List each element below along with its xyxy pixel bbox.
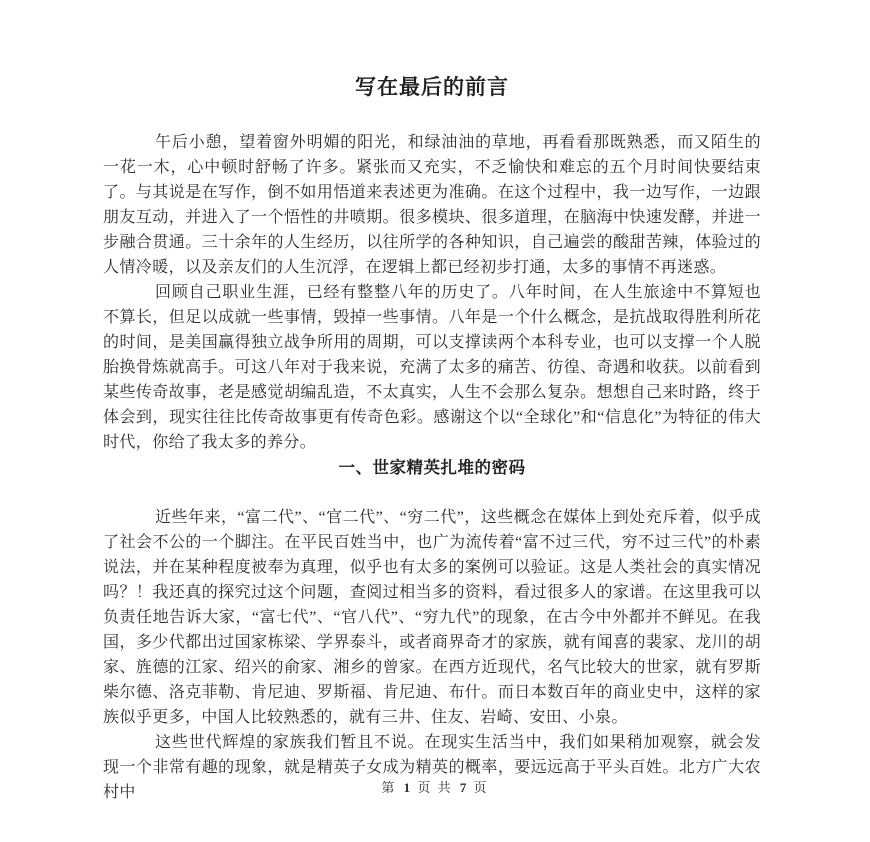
- document-content: 写在最后的前言 午后小憩，望着窗外明媚的阳光，和绿油油的草地，再看看那既熟悉，而…: [103, 74, 761, 805]
- footer-middle-label: 页 共: [417, 780, 452, 795]
- page-title: 写在最后的前言: [103, 74, 761, 100]
- footer-page-prefix: 第: [381, 780, 396, 795]
- document-page: 写在最后的前言 午后小憩，望着窗外明媚的阳光，和绿油油的草地，再看看那既熟悉，而…: [0, 0, 870, 842]
- footer-page-suffix: 页: [474, 780, 489, 795]
- section-paragraph-1: 近些年来，“富二代”、“官二代”、“穷二代”，这些概念在媒体上到处充斥着，似乎成…: [103, 505, 761, 730]
- intro-paragraph-1: 午后小憩，望着窗外明媚的阳光，和绿油油的草地，再看看那既熟悉，而又陌生的一花一木…: [103, 130, 761, 280]
- section-heading: 一、世家精英扎堆的密码: [103, 455, 761, 480]
- intro-paragraph-2: 回顾自己职业生涯，已经有整整八年的历史了。八年时间，在人生旅途中不算短也不算长，…: [103, 280, 761, 455]
- footer-total-pages-number: 7: [458, 780, 469, 795]
- page-footer: 第 1 页 共 7 页: [0, 780, 870, 796]
- footer-current-page-number: 1: [402, 780, 413, 795]
